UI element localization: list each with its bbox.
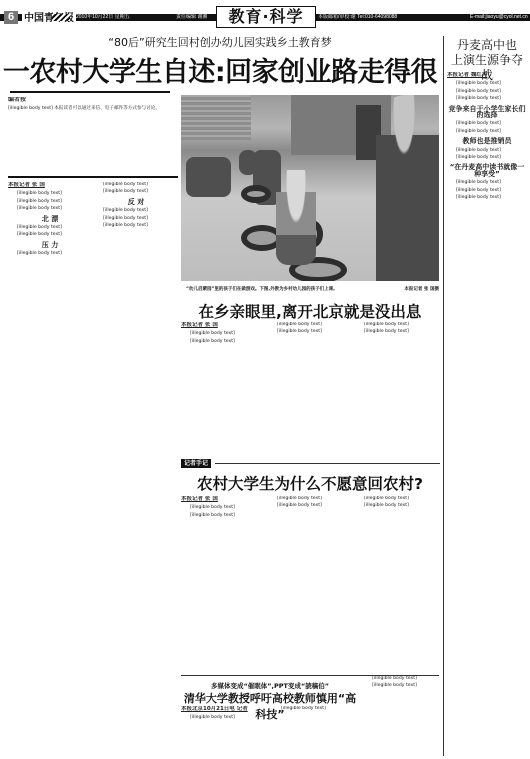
- story4-column-1: 本报北京10月21日电 记者 [illegible body text]: [181, 706, 269, 758]
- story3-column-3: [illegible body text] [illegible body te…: [355, 496, 439, 673]
- divider: [215, 463, 440, 464]
- story4-column-2: [illegible body text]: [272, 706, 360, 758]
- paragraph: [illegible body text]: [363, 683, 439, 689]
- paragraph: [illegible body text]: [8, 251, 92, 257]
- byline: 本报记者 张 国: [8, 182, 92, 188]
- paragraph: [illegible body text]: [181, 715, 269, 721]
- paragraph: [illegible body text]: [447, 148, 527, 154]
- story3-column-2: [illegible body text] [illegible body te…: [268, 496, 352, 673]
- paragraph: [illegible body text]: [268, 322, 352, 328]
- paragraph: [illegible body text]: [8, 199, 92, 205]
- paragraph: [illegible body text]: [94, 189, 178, 195]
- paragraph: [illegible body text]: [181, 513, 265, 519]
- paragraph: [illegible body text]: [8, 206, 92, 212]
- paragraph: [illegible body text]: [447, 121, 527, 127]
- byline: 本报北京10月21日电 记者: [181, 706, 269, 712]
- paragraph: [illegible body text]: [94, 223, 178, 229]
- story2-column-3: [illegible body text] [illegible body te…: [355, 322, 439, 457]
- subhead: 压 力: [8, 242, 92, 248]
- lead-story-column-2: [illegible body text] [illegible body te…: [94, 182, 178, 757]
- issue-date: 2010年10月22日 星期五: [76, 14, 130, 21]
- masthead-contact: 本版邮箱/审校:谢 Tel:010-64098088: [318, 14, 397, 21]
- subhead: “在丹麦高中读书就像一种享受”: [447, 164, 527, 177]
- subhead: 北 漂: [8, 216, 92, 222]
- sidebar-headline-line-1: 丹麦高中也: [446, 38, 528, 53]
- masthead: 6 中国青年报 2010年10月22日 星期五 责任编辑 谢湘 教育·科学 本版…: [0, 0, 530, 30]
- paragraph: [illegible body text]: [181, 505, 265, 511]
- paragraph: [illegible body text]: [363, 676, 439, 682]
- paragraph: [illegible body text]: [94, 182, 178, 188]
- paragraph: [illegible body text]: [447, 129, 527, 135]
- column-tag: 记者手记: [181, 459, 211, 468]
- sidebar-story-body: 本报记者 魏红涛 [illegible body text] [illegibl…: [447, 72, 527, 758]
- story3-headline: 农村大学生为什么不愿意回农村?: [181, 472, 439, 494]
- divider: [8, 176, 178, 178]
- editor-note-label: 编者按: [8, 97, 178, 104]
- paragraph: [illegible body text]: [268, 329, 352, 335]
- page-number: 6: [4, 11, 18, 24]
- divider: [10, 91, 170, 93]
- column-divider: [443, 36, 444, 756]
- editor-note-text: [illegible body text] 本报读者可以通过来信、电子邮件等方式…: [8, 106, 160, 111]
- story2-column-1: 本报记者 张 国 [illegible body text] [illegibl…: [181, 322, 265, 457]
- subhead: 竞争来自于小学生家长们的选择: [447, 106, 527, 119]
- story4-column-3: [illegible body text] [illegible body te…: [363, 676, 439, 758]
- paragraph: [illegible body text]: [447, 96, 527, 102]
- masthead-email: E-mail:jiaoyu@cyol.net.cn: [470, 14, 528, 21]
- paragraph: [illegible body text]: [355, 496, 439, 502]
- lead-kicker: “80后”研究生回村创办幼儿园实践乡土教育梦: [0, 34, 440, 50]
- story2-column-2: [illegible body text] [illegible body te…: [268, 322, 352, 457]
- paragraph: [illegible body text]: [447, 188, 527, 194]
- paragraph: [illegible body text]: [8, 225, 92, 231]
- paragraph: [illegible body text]: [272, 706, 360, 712]
- paragraph: [illegible body text]: [447, 81, 527, 87]
- paragraph: [illegible body text]: [355, 322, 439, 328]
- paragraph: [illegible body text]: [94, 216, 178, 222]
- byline: 本报记者 魏红涛: [447, 72, 527, 78]
- paragraph: [illegible body text]: [8, 191, 92, 197]
- subhead: 反 对: [94, 199, 178, 205]
- masthead-editors: 责任编辑 谢湘: [176, 14, 207, 21]
- editor-note: 编者按 [illegible body text] 本报读者可以通过来信、电子邮…: [8, 97, 178, 172]
- paragraph: [illegible body text]: [447, 89, 527, 95]
- photo-kindergarten: [181, 95, 439, 281]
- photo-credit: 本报记者 张 国摄: [395, 286, 439, 292]
- story2-headline: 在乡亲眼里,离开北京就是没出息: [181, 300, 439, 322]
- paragraph: [illegible body text]: [447, 195, 527, 201]
- lead-story-column-1: 本报记者 张 国 [illegible body text] [illegibl…: [8, 182, 92, 757]
- section-title: 教育·科学: [216, 6, 316, 28]
- paragraph: [illegible body text]: [355, 503, 439, 509]
- byline: 本报记者 张 国: [181, 496, 265, 502]
- paragraph: [illegible body text]: [8, 232, 92, 238]
- story4-kicker: 多媒体变成“催眠体”,PPT变成“読稿伯”: [181, 681, 359, 690]
- paragraph: [illegible body text]: [268, 496, 352, 502]
- paragraph: [illegible body text]: [94, 208, 178, 214]
- paragraph: [illegible body text]: [447, 180, 527, 186]
- hatch-decoration: [52, 14, 70, 21]
- paragraph: [illegible body text]: [181, 331, 265, 337]
- paragraph: [illegible body text]: [447, 155, 527, 161]
- subhead: 教师也是推销员: [447, 138, 527, 144]
- paragraph: [illegible body text]: [355, 329, 439, 335]
- story3-column-1: 本报记者 张 国 [illegible body text] [illegibl…: [181, 496, 265, 673]
- byline: 本报记者 张 国: [181, 322, 265, 328]
- photo-caption: “幼儿启蒙园”里的孩子们在做游戏。下图,外教为乡村幼儿园的孩子们上课。: [186, 286, 376, 292]
- paragraph: [illegible body text]: [268, 503, 352, 509]
- paragraph: [illegible body text]: [181, 339, 265, 345]
